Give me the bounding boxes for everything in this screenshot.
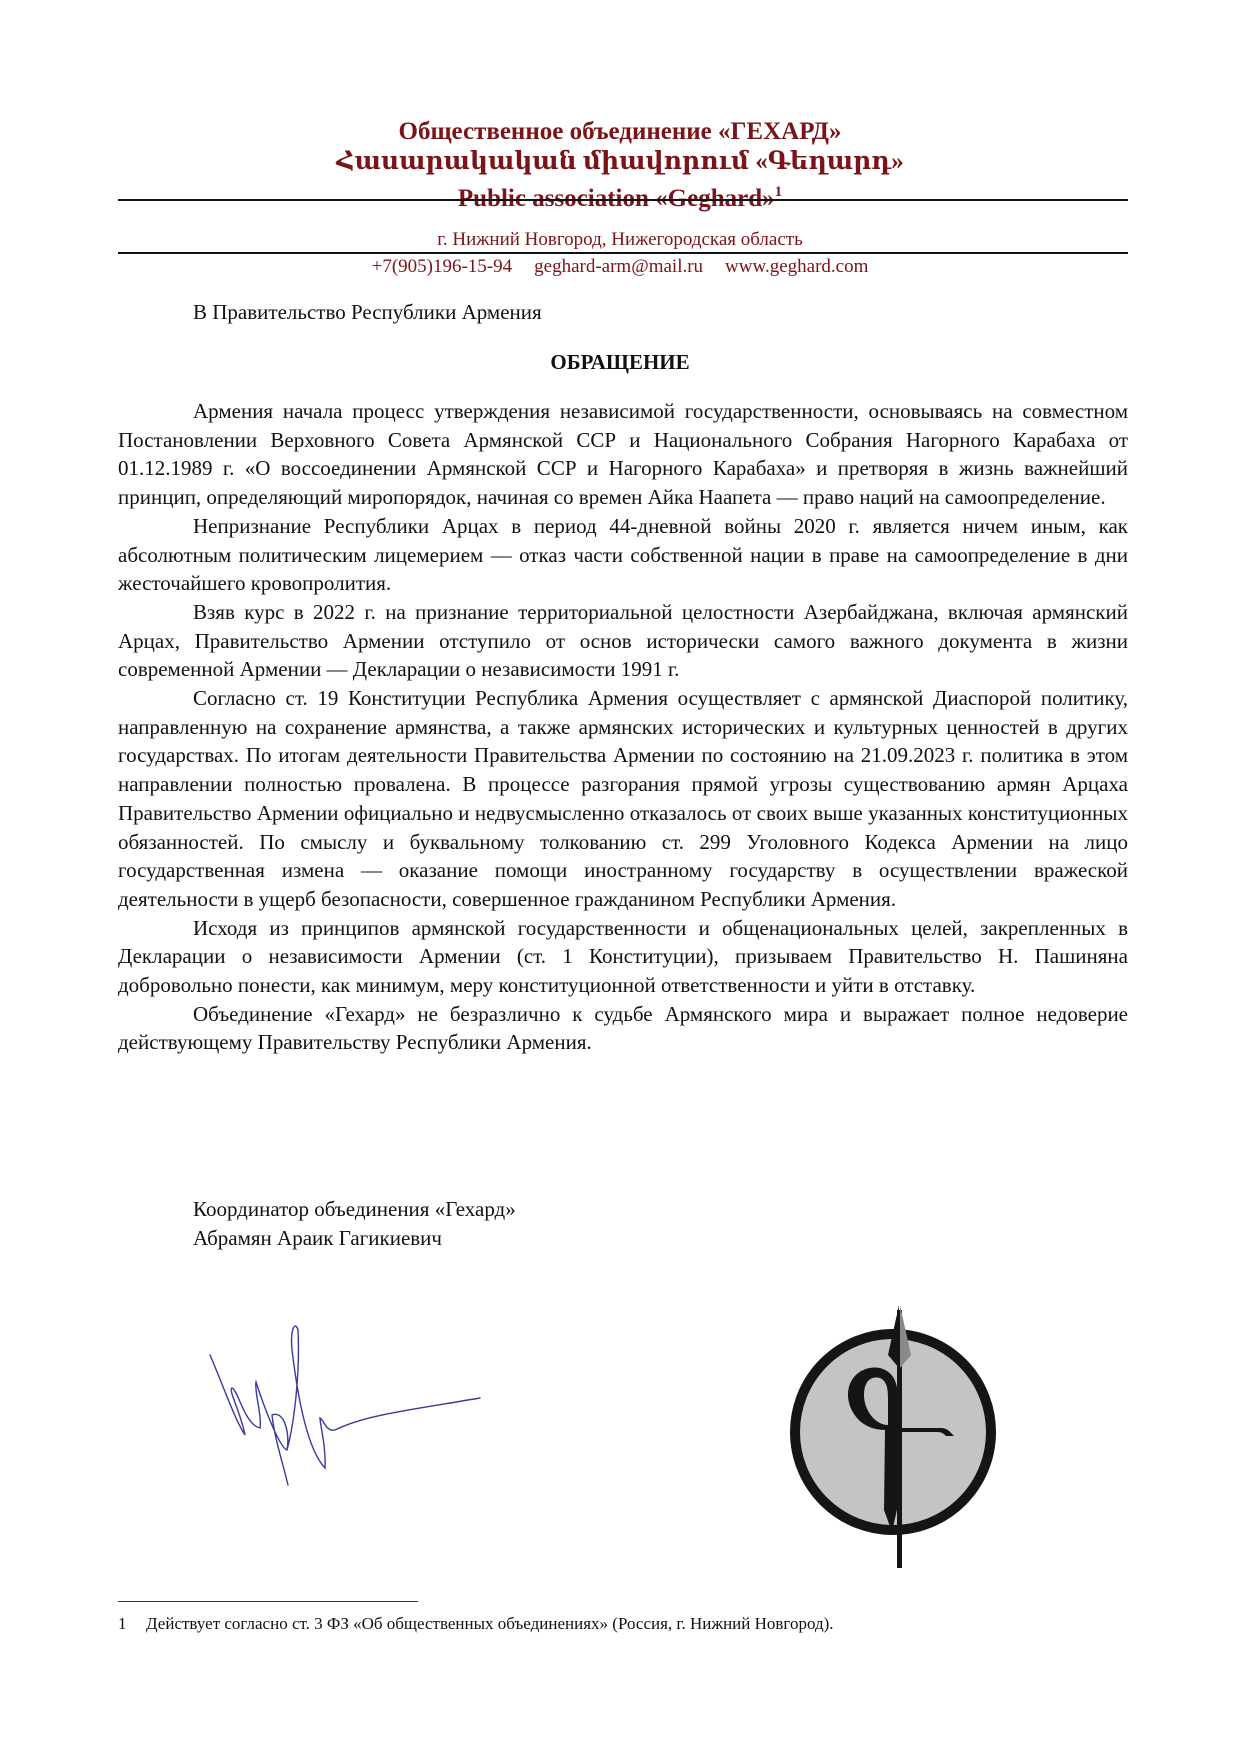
paragraph: Согласно ст. 19 Конституции Республика А…	[118, 684, 1128, 914]
addressee: В Правительство Республики Армения	[193, 300, 542, 325]
paragraph: Исходя из принципов армянской государств…	[118, 914, 1128, 1000]
signatory-block: Координатор объединения «Гехард» Абрамян…	[193, 1195, 516, 1253]
footnote-number: 1	[118, 1614, 146, 1634]
paragraph: Непризнание Республики Арцах в период 44…	[118, 512, 1128, 598]
footnote-text: Действует согласно ст. 3 ФЗ «Об обществе…	[146, 1614, 834, 1633]
contact-line: +7(905)196-15-94geghard-arm@mail.ruwww.g…	[0, 253, 1240, 280]
paragraph: Армения начала процесс утверждения незав…	[118, 397, 1128, 512]
letter-body: Армения начала процесс утверждения незав…	[118, 397, 1128, 1057]
letterhead-top-rule	[118, 199, 1128, 201]
org-name-en-line: Public association «Geghard»1	[0, 177, 1240, 214]
email-link[interactable]: geghard-arm@mail.ru	[534, 256, 703, 277]
letterhead-bottom-rule	[118, 252, 1128, 254]
paragraph: Объединение «Гехард» не безразлично к су…	[118, 1000, 1128, 1057]
website-link[interactable]: www.geghard.com	[725, 256, 868, 277]
org-name-ru: Общественное объединение «ГЕХАРД»	[0, 117, 1240, 147]
address: г. Нижний Новгород, Нижегородская област…	[0, 226, 1240, 253]
footnote-mark[interactable]: 1	[775, 184, 783, 200]
signatory-name: Абрамян Араик Гагикиевич	[193, 1224, 516, 1253]
footnote: 1Действует согласно ст. 3 ФЗ «Об обществ…	[118, 1614, 834, 1634]
paragraph: Взяв курс в 2022 г. на признание террито…	[118, 598, 1128, 684]
signature-icon	[190, 1310, 490, 1490]
footnote-divider	[118, 1601, 418, 1602]
document-title: ОБРАЩЕНИЕ	[0, 350, 1240, 375]
org-name-hy: Հասարակական միավորում «Գեղարդ»	[0, 147, 1240, 177]
geghard-logo-icon	[780, 1280, 1010, 1570]
signatory-position: Координатор объединения «Гехард»	[193, 1195, 516, 1224]
phone: +7(905)196-15-94	[372, 256, 513, 277]
